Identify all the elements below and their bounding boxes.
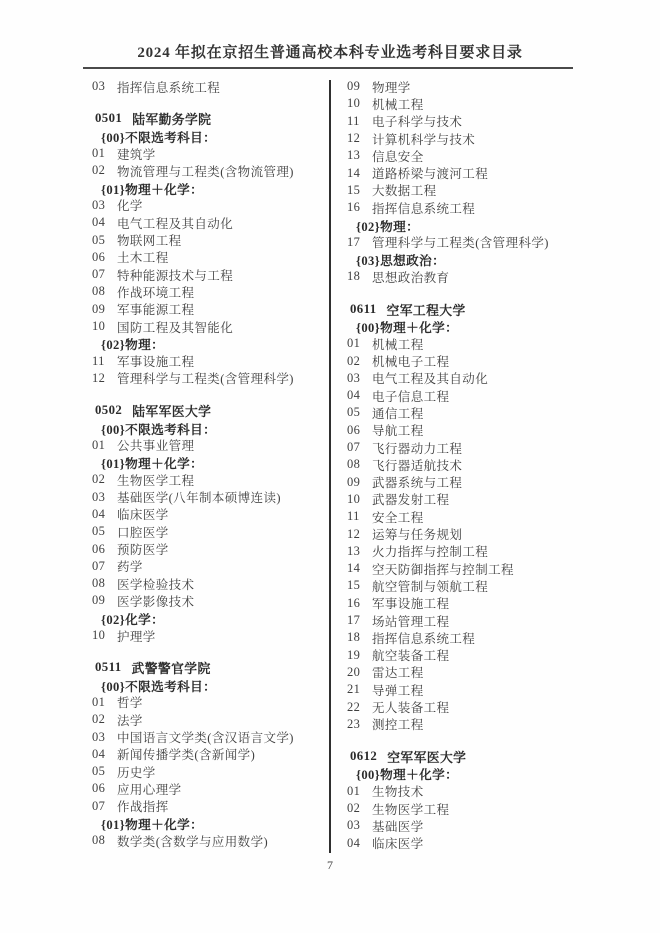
subject-line: 16军事设施工程 xyxy=(347,595,589,612)
subject-number: 01 xyxy=(92,146,107,161)
subject-name: 物流管理与工程类(含物流管理) xyxy=(117,162,294,180)
school-name: 陆军勤务学院 xyxy=(132,109,211,128)
subject-group-heading: {00}物理＋化学： xyxy=(356,765,589,782)
subject-line: 08飞行器适航技术 xyxy=(347,456,589,473)
subject-number: 20 xyxy=(347,665,362,680)
subject-line: 07作战指挥 xyxy=(92,798,334,815)
subject-name: 物联网工程 xyxy=(117,231,182,249)
subject-number: 01 xyxy=(347,336,362,351)
subject-name: 生物医学工程 xyxy=(117,471,194,489)
section-gap xyxy=(92,95,334,110)
subject-number: 02 xyxy=(92,472,107,487)
subject-line: 22无人装备工程 xyxy=(347,698,589,715)
subject-number: 09 xyxy=(347,475,362,490)
subject-name: 无人装备工程 xyxy=(372,698,449,716)
subject-number: 06 xyxy=(92,542,107,557)
subject-line: 21导弹工程 xyxy=(347,681,589,698)
subject-name: 基础医学(八年制本硕博连读) xyxy=(117,488,281,506)
subject-line: 03基础医学(八年制本硕博连读) xyxy=(92,489,334,506)
subject-number: 01 xyxy=(347,784,362,799)
subject-name: 电气工程及其自动化 xyxy=(117,214,233,232)
school-heading: 0611空军工程大学 xyxy=(350,301,589,318)
subject-line: 04临床医学 xyxy=(347,834,589,851)
subject-line: 02物流管理与工程类(含物流管理) xyxy=(92,162,334,179)
subject-line: 17场站管理工程 xyxy=(347,612,589,629)
page-number: 7 xyxy=(0,858,660,873)
subject-number: 03 xyxy=(92,730,107,745)
subject-line: 20雷达工程 xyxy=(347,664,589,681)
subject-name: 航空管制与领航工程 xyxy=(372,577,488,595)
subject-line: 02生物医学工程 xyxy=(347,800,589,817)
subject-line: 02机械电子工程 xyxy=(347,352,589,369)
school-code: 0511 xyxy=(95,660,122,675)
subject-name: 电子科学与技术 xyxy=(372,112,462,130)
subject-line: 01生物技术 xyxy=(347,783,589,800)
subject-line: 08作战环境工程 xyxy=(92,283,334,300)
subject-number: 04 xyxy=(92,215,107,230)
subject-name: 飞行器适航技术 xyxy=(372,456,462,474)
subject-line: 06应用心理学 xyxy=(92,780,334,797)
subject-name: 指挥信息系统工程 xyxy=(372,629,475,647)
subject-line: 07飞行器动力工程 xyxy=(347,439,589,456)
subject-number: 15 xyxy=(347,183,362,198)
section-gap xyxy=(92,387,334,402)
subject-number: 06 xyxy=(92,250,107,265)
school-code: 0612 xyxy=(350,749,377,764)
subject-group-heading: {00}不限选考科目： xyxy=(101,419,334,436)
subject-name: 生物技术 xyxy=(372,782,424,800)
subject-number: 18 xyxy=(347,269,362,284)
subject-line: 07药学 xyxy=(92,558,334,575)
subject-line: 01哲学 xyxy=(92,694,334,711)
header-rule xyxy=(83,67,573,69)
subject-line: 06导航工程 xyxy=(347,422,589,439)
subject-number: 05 xyxy=(347,405,362,420)
subject-number: 05 xyxy=(92,524,107,539)
subject-name: 机械工程 xyxy=(372,95,424,113)
subject-name: 医学影像技术 xyxy=(117,592,194,610)
subject-name: 计算机科学与技术 xyxy=(372,130,475,148)
subject-group-heading: {02}化学： xyxy=(101,610,334,627)
subject-number: 08 xyxy=(92,576,107,591)
subject-name: 指挥信息系统工程 xyxy=(372,199,475,217)
subject-name: 航空装备工程 xyxy=(372,646,449,664)
subject-number: 13 xyxy=(347,544,362,559)
subject-number: 04 xyxy=(347,836,362,851)
subject-line: 13信息安全 xyxy=(347,147,589,164)
subject-name: 作战环境工程 xyxy=(117,283,194,301)
subject-line: 01公共事业管理 xyxy=(92,437,334,454)
subject-name: 武器系统与工程 xyxy=(372,473,462,491)
subject-number: 21 xyxy=(347,682,362,697)
subject-number: 10 xyxy=(347,96,362,111)
subject-name: 历史学 xyxy=(117,763,156,781)
subject-number: 10 xyxy=(92,628,107,643)
subject-number: 12 xyxy=(347,527,362,542)
subject-number: 17 xyxy=(347,235,362,250)
subject-name: 法学 xyxy=(117,711,143,729)
subject-line: 01建筑学 xyxy=(92,145,334,162)
subject-line: 12计算机科学与技术 xyxy=(347,130,589,147)
subject-name: 物理学 xyxy=(372,78,411,96)
subject-name: 电子信息工程 xyxy=(372,387,449,405)
subject-number: 03 xyxy=(92,490,107,505)
subject-name: 口腔医学 xyxy=(117,523,169,541)
school-name: 武警警官学院 xyxy=(132,658,211,677)
subject-number: 11 xyxy=(92,354,107,369)
subject-number: 04 xyxy=(92,507,107,522)
subject-line: 10机械工程 xyxy=(347,95,589,112)
subject-line: 15航空管制与领航工程 xyxy=(347,577,589,594)
subject-name: 哲学 xyxy=(117,693,143,711)
subject-number: 02 xyxy=(92,712,107,727)
subject-group-heading: {03}思想政治： xyxy=(356,251,589,268)
subject-name: 信息安全 xyxy=(372,147,424,165)
subject-name: 指挥信息系统工程 xyxy=(117,78,220,96)
subject-line: 09物理学 xyxy=(347,78,589,95)
subject-name: 导弹工程 xyxy=(372,681,424,699)
subject-line: 05历史学 xyxy=(92,763,334,780)
school-heading: 0502陆军军医大学 xyxy=(95,402,334,419)
subject-name: 特种能源技术与工程 xyxy=(117,266,233,284)
subject-group-heading: {02}物理： xyxy=(101,335,334,352)
subject-group-heading: {00}物理＋化学： xyxy=(356,318,589,335)
subject-name: 数学类(含数学与应用数学) xyxy=(117,832,268,850)
left-column: 03指挥信息系统工程0501陆军勤务学院{00}不限选考科目：01建筑学02物流… xyxy=(92,78,334,849)
subject-line: 06土木工程 xyxy=(92,249,334,266)
subject-number: 11 xyxy=(347,114,362,129)
subject-name: 思想政治教育 xyxy=(372,268,449,286)
subject-group-heading: {01}物理＋化学： xyxy=(101,454,334,471)
subject-number: 06 xyxy=(347,423,362,438)
subject-line: 18思想政治教育 xyxy=(347,268,589,285)
subject-line: 03指挥信息系统工程 xyxy=(92,78,334,95)
school-heading: 0501陆军勤务学院 xyxy=(95,110,334,127)
subject-name: 生物医学工程 xyxy=(372,800,449,818)
subject-number: 16 xyxy=(347,200,362,215)
subject-number: 02 xyxy=(347,354,362,369)
subject-name: 飞行器动力工程 xyxy=(372,439,462,457)
subject-number: 18 xyxy=(347,630,362,645)
subject-number: 05 xyxy=(92,233,107,248)
subject-line: 04电子信息工程 xyxy=(347,387,589,404)
subject-line: 18指挥信息系统工程 xyxy=(347,629,589,646)
subject-number: 14 xyxy=(347,166,362,181)
subject-name: 临床医学 xyxy=(117,505,169,523)
subject-number: 02 xyxy=(347,801,362,816)
subject-group-heading: {02}物理： xyxy=(356,216,589,233)
subject-line: 05通信工程 xyxy=(347,404,589,421)
subject-line: 04临床医学 xyxy=(92,506,334,523)
subject-number: 08 xyxy=(347,457,362,472)
subject-name: 空天防御指挥与控制工程 xyxy=(372,560,514,578)
subject-number: 07 xyxy=(92,559,107,574)
subject-name: 安全工程 xyxy=(372,508,424,526)
subject-number: 12 xyxy=(92,371,107,386)
subject-group-heading: {01}物理＋化学： xyxy=(101,179,334,196)
subject-line: 09武器系统与工程 xyxy=(347,474,589,491)
subject-number: 11 xyxy=(347,509,362,524)
subject-name: 大数据工程 xyxy=(372,181,437,199)
subject-group-heading: {00}不限选考科目： xyxy=(101,677,334,694)
subject-line: 23测控工程 xyxy=(347,716,589,733)
subject-name: 新闻传播学类(含新闻学) xyxy=(117,745,255,763)
subject-name: 军事设施工程 xyxy=(117,352,194,370)
subject-line: 06预防医学 xyxy=(92,540,334,557)
subject-name: 应用心理学 xyxy=(117,780,182,798)
school-name: 空军工程大学 xyxy=(387,300,466,319)
subject-number: 17 xyxy=(347,613,362,628)
subject-line: 03化学 xyxy=(92,197,334,214)
subject-name: 场站管理工程 xyxy=(372,612,449,630)
subject-name: 军事能源工程 xyxy=(117,300,194,318)
school-name: 陆军军医大学 xyxy=(132,401,211,420)
subject-line: 01机械工程 xyxy=(347,335,589,352)
subject-number: 07 xyxy=(92,799,107,814)
school-code: 0501 xyxy=(95,111,122,126)
subject-number: 13 xyxy=(347,148,362,163)
subject-name: 作战指挥 xyxy=(117,797,169,815)
subject-line: 09医学影像技术 xyxy=(92,592,334,609)
school-heading: 0511武警警官学院 xyxy=(95,659,334,676)
subject-number: 23 xyxy=(347,717,362,732)
subject-name: 电气工程及其自动化 xyxy=(372,369,488,387)
subject-name: 军事设施工程 xyxy=(372,594,449,612)
subject-number: 09 xyxy=(92,302,107,317)
subject-line: 17管理科学与工程类(含管理科学) xyxy=(347,234,589,251)
school-name: 空军军医大学 xyxy=(387,747,466,766)
subject-number: 05 xyxy=(92,764,107,779)
subject-name: 机械电子工程 xyxy=(372,352,449,370)
subject-name: 土木工程 xyxy=(117,248,169,266)
subject-line: 14道路桥梁与渡河工程 xyxy=(347,164,589,181)
subject-number: 04 xyxy=(347,388,362,403)
section-gap xyxy=(92,644,334,659)
subject-number: 10 xyxy=(92,319,107,334)
subject-number: 07 xyxy=(347,440,362,455)
subject-line: 12运筹与任务规划 xyxy=(347,525,589,542)
section-gap xyxy=(347,286,589,301)
subject-number: 01 xyxy=(92,438,107,453)
subject-name: 武器发射工程 xyxy=(372,490,449,508)
subject-line: 19航空装备工程 xyxy=(347,647,589,664)
school-heading: 0612空军军医大学 xyxy=(350,748,589,765)
subject-name: 临床医学 xyxy=(372,834,424,852)
subject-line: 11电子科学与技术 xyxy=(347,113,589,130)
subject-name: 基础医学 xyxy=(372,817,424,835)
subject-name: 雷达工程 xyxy=(372,663,424,681)
subject-name: 机械工程 xyxy=(372,335,424,353)
subject-line: 04电气工程及其自动化 xyxy=(92,214,334,231)
subject-line: 07特种能源技术与工程 xyxy=(92,266,334,283)
subject-number: 02 xyxy=(92,163,107,178)
document-page: 2024 年拟在京招生普通高校本科专业选考科目要求目录 03指挥信息系统工程05… xyxy=(0,0,660,933)
school-code: 0502 xyxy=(95,403,122,418)
subject-name: 火力指挥与控制工程 xyxy=(372,542,488,560)
subject-line: 11安全工程 xyxy=(347,508,589,525)
subject-name: 测控工程 xyxy=(372,715,424,733)
subject-number: 08 xyxy=(92,833,107,848)
subject-group-heading: {01}物理＋化学： xyxy=(101,815,334,832)
subject-number: 19 xyxy=(347,648,362,663)
subject-number: 04 xyxy=(92,747,107,762)
subject-name: 药学 xyxy=(117,557,143,575)
subject-name: 医学检验技术 xyxy=(117,575,194,593)
subject-number: 09 xyxy=(347,79,362,94)
subject-name: 运筹与任务规划 xyxy=(372,525,462,543)
subject-number: 01 xyxy=(92,695,107,710)
subject-name: 护理学 xyxy=(117,627,156,645)
subject-number: 16 xyxy=(347,596,362,611)
subject-line: 08医学检验技术 xyxy=(92,575,334,592)
subject-number: 03 xyxy=(347,818,362,833)
subject-line: 10武器发射工程 xyxy=(347,491,589,508)
subject-line: 11军事设施工程 xyxy=(92,352,334,369)
subject-line: 12管理科学与工程类(含管理科学) xyxy=(92,370,334,387)
subject-line: 15大数据工程 xyxy=(347,182,589,199)
subject-number: 06 xyxy=(92,781,107,796)
subject-name: 管理科学与工程类(含管理科学) xyxy=(117,369,294,387)
subject-name: 中国语言文学类(含汉语言文学) xyxy=(117,728,294,746)
subject-number: 03 xyxy=(92,198,107,213)
subject-name: 预防医学 xyxy=(117,540,169,558)
subject-name: 化学 xyxy=(117,196,143,214)
subject-name: 导航工程 xyxy=(372,421,424,439)
subject-number: 12 xyxy=(347,131,362,146)
subject-name: 管理科学与工程类(含管理科学) xyxy=(372,233,549,251)
subject-number: 22 xyxy=(347,700,362,715)
subject-name: 建筑学 xyxy=(117,145,156,163)
subject-number: 10 xyxy=(347,492,362,507)
subject-number: 15 xyxy=(347,578,362,593)
subject-name: 道路桥梁与渡河工程 xyxy=(372,164,488,182)
subject-line: 10护理学 xyxy=(92,627,334,644)
subject-line: 03电气工程及其自动化 xyxy=(347,370,589,387)
subject-line: 09军事能源工程 xyxy=(92,301,334,318)
subject-number: 09 xyxy=(92,593,107,608)
subject-line: 04新闻传播学类(含新闻学) xyxy=(92,746,334,763)
subject-line: 14空天防御指挥与控制工程 xyxy=(347,560,589,577)
subject-line: 16指挥信息系统工程 xyxy=(347,199,589,216)
subject-line: 05物联网工程 xyxy=(92,231,334,248)
subject-line: 02生物医学工程 xyxy=(92,471,334,488)
subject-line: 05口腔医学 xyxy=(92,523,334,540)
subject-line: 02法学 xyxy=(92,711,334,728)
subject-line: 03基础医学 xyxy=(347,817,589,834)
subject-name: 国防工程及其智能化 xyxy=(117,318,233,336)
subject-line: 13火力指挥与控制工程 xyxy=(347,543,589,560)
section-gap xyxy=(347,733,589,748)
subject-line: 10国防工程及其智能化 xyxy=(92,318,334,335)
subject-name: 通信工程 xyxy=(372,404,424,422)
subject-group-heading: {00}不限选考科目： xyxy=(101,128,334,145)
subject-line: 03中国语言文学类(含汉语言文学) xyxy=(92,728,334,745)
school-code: 0611 xyxy=(350,302,377,317)
subject-line: 08数学类(含数学与应用数学) xyxy=(92,832,334,849)
subject-name: 公共事业管理 xyxy=(117,436,194,454)
subject-number: 03 xyxy=(92,79,107,94)
right-column: 09物理学10机械工程11电子科学与技术12计算机科学与技术13信息安全14道路… xyxy=(347,78,589,852)
page-title: 2024 年拟在京招生普通高校本科专业选考科目要求目录 xyxy=(0,41,660,62)
subject-number: 03 xyxy=(347,371,362,386)
subject-number: 08 xyxy=(92,284,107,299)
subject-number: 07 xyxy=(92,267,107,282)
subject-number: 14 xyxy=(347,561,362,576)
